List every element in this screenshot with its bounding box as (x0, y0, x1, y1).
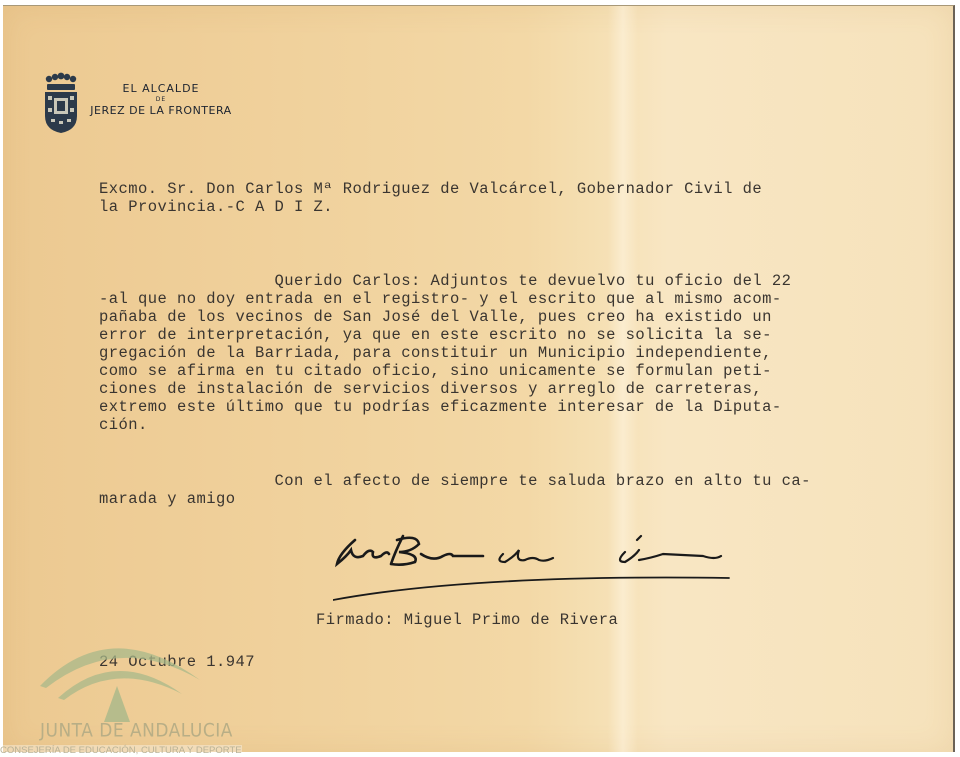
watermark-title: JUNTA DE ANDALUCIA (40, 720, 233, 742)
letterhead-title: EL ALCALDE (86, 82, 236, 96)
body-line: ciones de instalación de servicios diver… (99, 380, 791, 398)
body-line: Querido Carlos: Adjuntos te devuelvo tu … (99, 272, 791, 290)
body-line: extremo este último que tu podrías efica… (99, 398, 791, 416)
body-line: como se afirma en tu citado oficio, sino… (99, 362, 791, 380)
letterhead: EL ALCALDE DE JEREZ DE LA FRONTERA (41, 72, 241, 136)
body-line: ción. (99, 416, 791, 434)
letterhead-connector: DE (86, 96, 236, 104)
letter-closing: Con el afecto de siempre te saluda brazo… (99, 472, 811, 508)
closing-line: Con el afecto de siempre te saluda brazo… (99, 472, 811, 490)
body-line: -al que no doy entrada en el registro- y… (99, 290, 791, 308)
letterhead-text: EL ALCALDE DE JEREZ DE LA FRONTERA (86, 82, 236, 118)
recipient-line: la Provincia.-C A D I Z. (99, 198, 762, 216)
junta-andalucia-watermark: JUNTA DE ANDALUCIA CONSEJERÍA DE EDUCACI… (0, 628, 250, 757)
recipient-line: Excmo. Sr. Don Carlos Mª Rodriguez de Va… (99, 180, 762, 198)
coat-of-arms-icon (41, 72, 81, 134)
handwritten-signature (333, 526, 753, 616)
junta-andalucia-logo-icon (0, 628, 250, 723)
letter-body: Querido Carlos: Adjuntos te devuelvo tu … (99, 272, 791, 434)
recipient-address: Excmo. Sr. Don Carlos Mª Rodriguez de Va… (99, 180, 762, 216)
closing-line: marada y amigo (99, 490, 811, 508)
letterhead-city: JEREZ DE LA FRONTERA (86, 104, 236, 118)
body-line: gregación de la Barriada, para constitui… (99, 344, 791, 362)
watermark-subtitle: CONSEJERÍA DE EDUCACIÓN, CULTURA Y DEPOR… (0, 745, 242, 756)
signed-by-line: Firmado: Miguel Primo de Rivera (316, 611, 618, 629)
body-line: error de interpretación, ya que en este … (99, 326, 791, 344)
body-line: pañaba de los vecinos de San José del Va… (99, 308, 791, 326)
